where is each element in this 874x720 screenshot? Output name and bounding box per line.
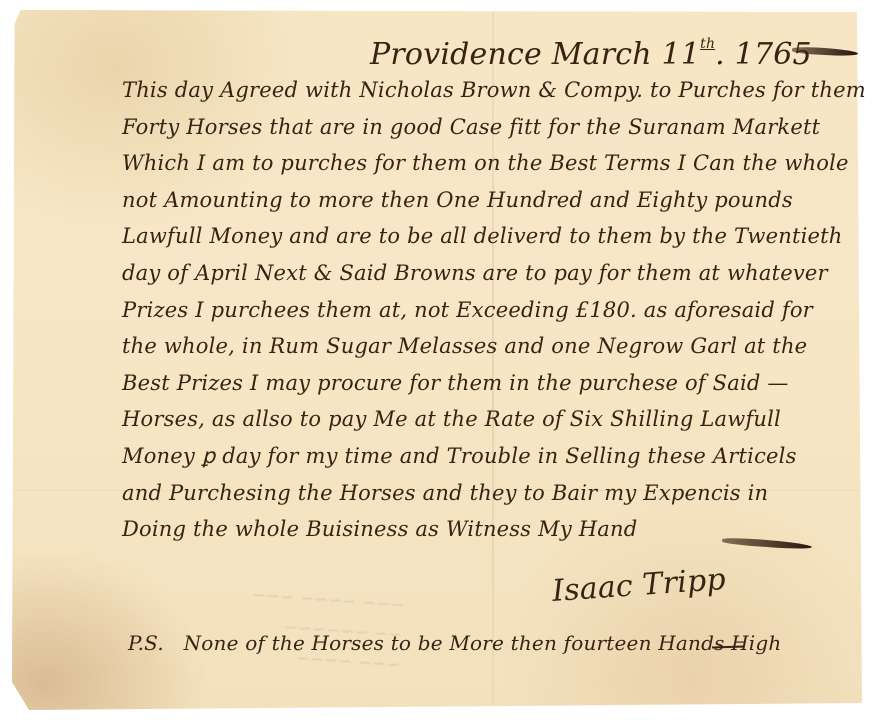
body-line: and Purchesing the Horses and they to Ba…: [122, 475, 862, 512]
body-line: not Amounting to more then One Hundred a…: [122, 182, 862, 219]
document-viewer: ~~~ ~~~~ ~~~ ~~ ~~~~~~ ~~~ ~~~~ Providen…: [0, 0, 874, 720]
body-line: Horses, as allso to pay Me at the Rate o…: [122, 401, 862, 438]
dateline: Providence March 11th. 1765: [370, 24, 812, 75]
dateline-month: March: [552, 37, 652, 72]
postscript-label: P.S.: [128, 631, 164, 655]
body-line: This day Agreed with Nicholas Brown & Co…: [122, 72, 862, 109]
body-line: Forty Horses that are in good Case fitt …: [122, 109, 862, 146]
dateline-day: 11: [662, 37, 701, 72]
dateline-year: 1765: [735, 37, 812, 72]
body-line: Which I am to purches for them on the Be…: [122, 145, 862, 182]
body-line: day of April Next & Said Browns are to p…: [122, 255, 862, 292]
postscript: P.S. None of the Horses to be More then …: [128, 626, 781, 660]
dateline-place: Providence: [370, 37, 542, 72]
body-line: Lawfull Money and are to be all deliverd…: [122, 218, 862, 255]
dateline-separator: .: [715, 37, 725, 72]
agreement-body: This day Agreed with Nicholas Brown & Co…: [122, 72, 862, 548]
body-line: Money ꝑ day for my time and Trouble in S…: [122, 438, 862, 475]
dateline-day-suffix: th: [700, 36, 715, 52]
body-line: Best Prizes I may procure for them in th…: [122, 365, 862, 402]
body-line: the whole, in Rum Sugar Melasses and one…: [122, 328, 862, 365]
postscript-text: None of the Horses to be More then fourt…: [184, 631, 782, 655]
body-line: Prizes I purchees them at, not Exceeding…: [122, 292, 862, 329]
